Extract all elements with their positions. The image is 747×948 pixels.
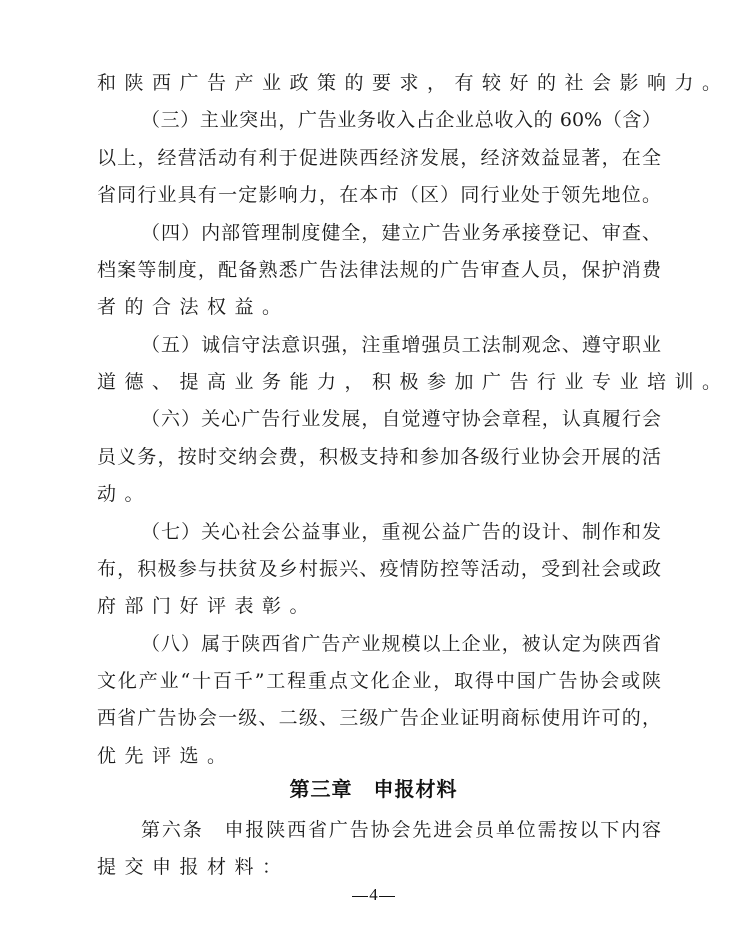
paragraph-line: 文化产业“十百千”工程重点文化企业，取得中国广告协会或陕	[97, 666, 661, 696]
paragraph-line: 档案等制度，配备熟悉广告法律法规的广告审查人员，保护消费	[97, 255, 661, 285]
paragraph-line: 优先评选。	[97, 741, 661, 771]
paragraph-line: 省同行业具有一定影响力，在本市（区）同行业处于领先地位。	[97, 180, 661, 210]
page-number: 4	[0, 884, 747, 906]
paragraph-line: 以上，经营活动有利于促进陕西经济发展，经济效益显著，在全	[97, 143, 661, 173]
paragraph-line: 布，积极参与扶贫及乡村振兴、疫情防控等活动，受到社会或政	[97, 554, 661, 584]
article-line: 提交申报材料：	[97, 852, 661, 882]
paragraph-line: （三）主业突出，广告业务收入占企业总收入的 60%（含）	[141, 105, 661, 135]
paragraph-line: 动。	[97, 479, 661, 509]
paragraph-line: （八）属于陕西省广告产业规模以上企业，被认定为陕西省	[141, 629, 661, 659]
paragraph-line: （五）诚信守法意识强，注重增强员工法制观念、遵守职业	[141, 330, 661, 360]
document-page: 和陕西广告产业政策的要求，有较好的社会影响力。 （三）主业突出，广告业务收入占企…	[0, 0, 747, 948]
paragraph-line: 和陕西广告产业政策的要求，有较好的社会影响力。	[97, 68, 661, 98]
paragraph-line: 员义务，按时交纳会费，积极支持和参加各级行业协会开展的活	[97, 442, 661, 472]
paragraph-line: 者的合法权益。	[97, 292, 661, 322]
paragraph-line: 西省广告协会一级、二级、三级广告企业证明商标使用许可的，	[97, 703, 661, 733]
paragraph-line: （六）关心广告行业发展，自觉遵守协会章程，认真履行会	[141, 404, 661, 434]
paragraph-line: 道德、提高业务能力，积极参加广告行业专业培训。	[97, 367, 661, 397]
paragraph-line: （四）内部管理制度健全，建立广告业务承接登记、审查、	[141, 218, 661, 248]
dash-right	[379, 896, 395, 897]
article-line: 第六条 申报陕西省广告协会先进会员单位需按以下内容	[141, 815, 661, 845]
dash-left	[352, 896, 368, 897]
paragraph-line: （七）关心社会公益事业，重视公益广告的设计、制作和发	[141, 517, 661, 547]
page-number-value: 4	[369, 885, 378, 904]
paragraph-line: 府部门好评表彰。	[97, 591, 661, 621]
chapter-heading: 第三章 申报材料	[0, 774, 747, 804]
